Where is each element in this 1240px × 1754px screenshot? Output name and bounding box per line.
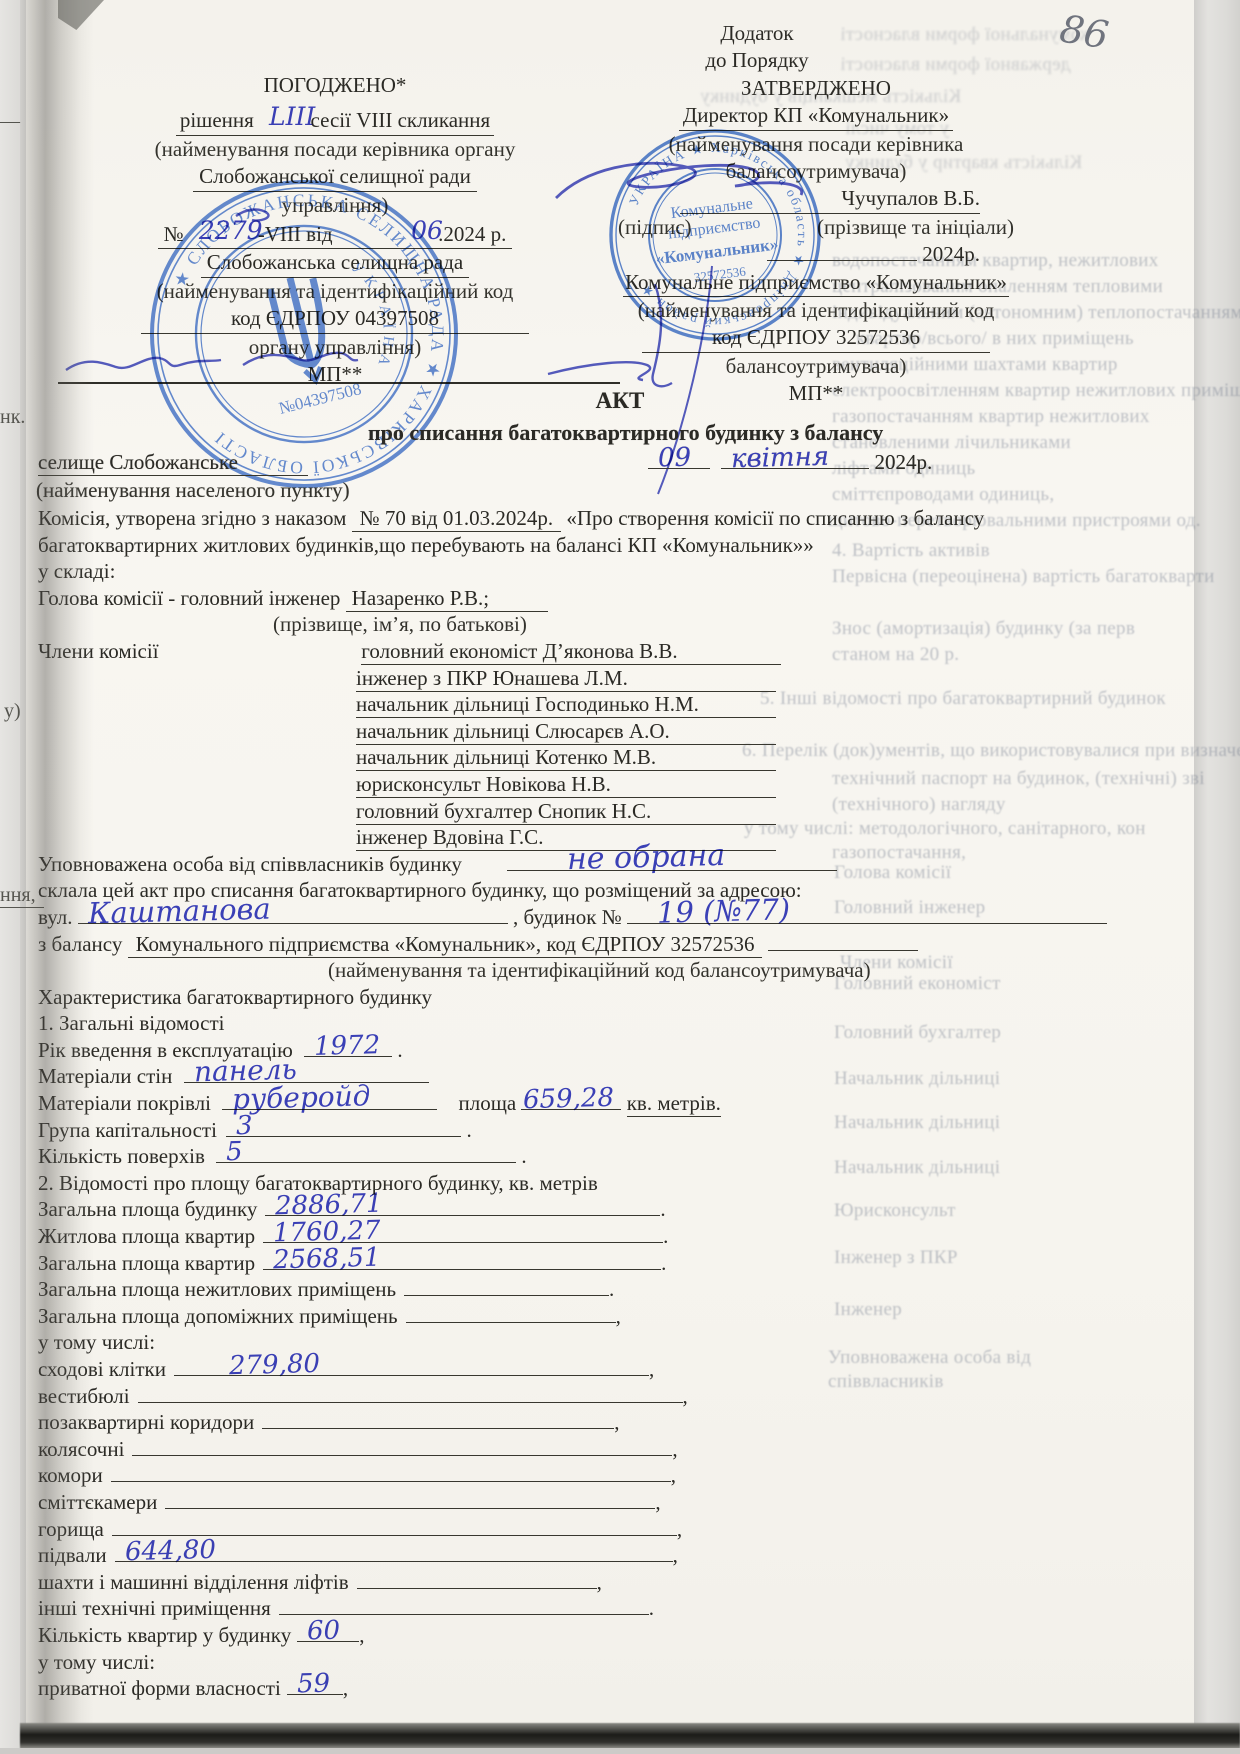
field-label: колясочні	[38, 1437, 124, 1461]
field-label: Загальна площа нежитлових приміщень	[38, 1277, 396, 1301]
tail: ,	[683, 1384, 688, 1408]
caption: балансоутримувача)	[612, 353, 1020, 380]
tail: ,	[655, 1490, 660, 1514]
members-label: Члени комісії	[38, 639, 356, 664]
authorized-label: Уповноважена особа від співвласників буд…	[38, 852, 462, 876]
member-row: Члени комісії головний економіст Д’яконо…	[38, 639, 1173, 666]
value-handwritten: 60	[307, 1616, 341, 1647]
street-label: вул.	[38, 905, 73, 929]
area-row: колясочні,	[38, 1437, 1173, 1464]
tail: ,	[597, 1570, 602, 1594]
member-name: головний економіст Д’яконова В.В.	[361, 639, 781, 665]
commission-intro-line1: Комісія, утворена згідно з наказом № 70 …	[38, 506, 1173, 533]
tail: ,	[673, 1543, 678, 1567]
neighbor-page-fragment: нк.	[0, 406, 25, 429]
area-row: сходові клітки279,80,	[38, 1357, 1173, 1384]
field-label: вестибюлі	[38, 1384, 130, 1408]
stamp-code: 32572536	[693, 264, 747, 285]
area-row: сміттєкамери,	[38, 1490, 1173, 1517]
tail: ,	[343, 1676, 348, 1700]
form-line-capital: Група капітальності 3 .	[38, 1118, 1173, 1145]
scan-bottom-margin	[0, 1748, 1240, 1754]
member-row: начальник дільниці Котенко М.В.	[38, 745, 1173, 772]
member-name: головний бухгалтер Снопик Н.С.	[356, 799, 776, 825]
scanned-document-page: { "corner_mark": "86", "header": { "left…	[0, 0, 1240, 1754]
member-row: юрисконсульт Новікова Н.В.	[38, 772, 1173, 799]
field-label: підвали	[38, 1543, 107, 1567]
area-row: позаквартирні коридори,	[38, 1410, 1173, 1437]
date-day-handwritten: 09	[658, 443, 692, 474]
decision-post: сесії VIII скликання	[311, 108, 491, 132]
not-elected-handwritten: не обрана	[567, 838, 726, 877]
field-label: Група капітальності	[38, 1118, 217, 1142]
member-name: начальник дільниці Слюсарєв А.О.	[356, 719, 776, 745]
including-label: у тому числі:	[38, 1330, 1173, 1357]
stamp-number: №04397508	[277, 379, 363, 418]
handwritten-corner-mark: 86	[1057, 6, 1112, 57]
scan-bottom-edge	[20, 1723, 1240, 1749]
field-label: Матеріали стін	[38, 1064, 172, 1088]
field-label: Загальна площа квартир	[38, 1251, 255, 1275]
balance-line: з балансу Комунального підприємства «Ком…	[38, 932, 1173, 959]
field-label: приватної форми власності	[38, 1676, 281, 1700]
house-number-handwritten: 19 (№77)	[657, 892, 791, 929]
decision-line: рішення LIII сесії VIII скликання	[85, 105, 585, 135]
tail: ,	[671, 1463, 676, 1487]
street-handwritten: Каштанова	[87, 892, 271, 931]
quantity-row: приватної форми власності59,	[38, 1676, 1173, 1703]
member-name: начальник дільниці Господинько Н.М.	[356, 692, 776, 718]
authorized-person-line: Уповноважена особа від співвласників буд…	[38, 852, 1173, 879]
dot: .	[521, 1144, 526, 1168]
area-row: вестибюлі,	[38, 1384, 1173, 1411]
tail: .	[663, 1224, 668, 1248]
value-handwritten: 2568,51	[273, 1242, 381, 1275]
floors-count-handwritten: 5	[226, 1137, 243, 1167]
area-row: Загальна площа квартир2568,51.	[38, 1251, 1173, 1278]
tail: .	[660, 1197, 665, 1221]
field-label: Загальна площа будинку	[38, 1197, 257, 1221]
tail: .	[609, 1277, 614, 1301]
area-row: Загальна площа будинку2886,71.	[38, 1197, 1173, 1224]
year-built-handwritten: 1972	[314, 1030, 381, 1062]
field-label: Матеріали покрівлі	[38, 1091, 211, 1115]
scan-right-edge	[1194, 0, 1240, 1754]
commission-intro-line2: багатоквартирних житлових будинків,що пе…	[38, 533, 1173, 560]
balance-pre: з балансу	[38, 932, 122, 956]
field-label: Загальна площа допоміжних приміщень	[38, 1304, 398, 1328]
section2-heading: 2. Відомості про площу багатоквартирного…	[38, 1171, 1173, 1198]
member-row: начальник дільниці Слюсарєв А.О.	[38, 719, 1173, 746]
address-line: вул. Каштанова , будинок № 19 (№77)	[38, 905, 1173, 932]
area-units: кв. метрів.	[627, 1091, 721, 1117]
area-row: Загальна площа допоміжних приміщень,	[38, 1304, 1173, 1331]
ghost-text: сміттєпроводами одиниць,	[832, 484, 1054, 506]
field-label: позаквартирні коридори	[38, 1410, 254, 1434]
tail: .	[661, 1251, 666, 1275]
area-label: площа	[458, 1091, 516, 1115]
member-name: начальник дільниці Котенко М.В.	[356, 745, 776, 771]
act-title: АКТ	[420, 388, 820, 414]
including-label: у тому числі:	[38, 1650, 1173, 1677]
session-number-handwritten: LIII	[269, 102, 315, 131]
area-row: шахти і машинні відділення ліфтів,	[38, 1570, 1173, 1597]
field-label: комори	[38, 1463, 103, 1487]
area-row: Загальна площа нежитлових приміщень.	[38, 1277, 1173, 1304]
value-handwritten: 644,80	[124, 1535, 216, 1567]
agreed-label: ПОГОДЖЕНО*	[85, 72, 585, 99]
member-row: начальник дільниці Господинько Н.М.	[38, 692, 1173, 719]
value-handwritten: 59	[296, 1669, 330, 1700]
tail: ,	[672, 1437, 677, 1461]
head-name: Назаренко Р.В.;	[346, 586, 548, 612]
previous-page-edge	[0, 0, 26, 1754]
trident-icon	[269, 272, 337, 385]
tail: ,	[677, 1517, 682, 1541]
act-body: Комісія, утворена згідно з наказом № 70 …	[38, 506, 1173, 1703]
roof-area-handwritten: 659,28	[523, 1083, 615, 1115]
member-name: інженер з ПКР Юнашева Л.М.	[356, 666, 776, 692]
area-row: комори,	[38, 1463, 1173, 1490]
company-round-stamp: УКРАЇНА ★ Харківська область ★ Дніпровсь…	[589, 109, 841, 361]
act-date-line: 09 квітня 2024р.	[648, 450, 932, 475]
field-label: інші технічні приміщення	[38, 1596, 271, 1620]
form-line-roof: Матеріали покрівлі руберойд площа 659,28…	[38, 1091, 1173, 1118]
settlement-caption: (найменування населеного пункту)	[36, 478, 350, 503]
approved-label: ЗАТВЕРДЖЕНО	[612, 75, 1020, 102]
intro-pre: Комісія, утворена згідно з наказом	[38, 506, 346, 530]
field-label: шахти і машинні відділення ліфтів	[38, 1570, 349, 1594]
order-reference: № 70 від 01.03.2024р.	[352, 506, 561, 532]
year-label: 2024р.	[922, 242, 980, 266]
balance-caption: (найменування та ідентифікаційний код ба…	[38, 958, 1173, 985]
area-row: підвали644,80,	[38, 1543, 1173, 1570]
roof-material-handwritten: руберойд	[232, 1079, 371, 1116]
section1-heading: 1. Загальні відомості	[38, 1011, 1173, 1038]
composition-label: у складі:	[38, 559, 1173, 586]
tail: ,	[614, 1410, 619, 1434]
tail: .	[649, 1596, 654, 1620]
balance-holder: Комунального підприємства «Комунальник»,…	[128, 932, 763, 958]
field-label: Кількість квартир у будинку	[38, 1623, 291, 1647]
pib-caption: (прізвище, ім’я, по батькові)	[38, 612, 1173, 639]
member-row: інженер з ПКР Юнашева Л.М.	[38, 666, 1173, 693]
characteristics-heading: Характеристика багатоквартирного будинку	[38, 985, 1173, 1012]
commission-head-line: Голова комісії - головний інженер Назаре…	[38, 586, 1173, 613]
stamp-inner-arc-text: УКРАЇНА	[346, 254, 408, 377]
field-label: сходові клітки	[38, 1357, 166, 1381]
tail: ,	[616, 1304, 621, 1328]
head-pre: Голова комісії - головний інженер	[38, 586, 340, 610]
caption-name: (прізвище та ініціали)	[817, 214, 1014, 241]
field-label: горища	[38, 1517, 104, 1541]
area-row: Житлова площа квартир1760,27.	[38, 1224, 1173, 1251]
appendix-label: Додаток	[652, 20, 862, 47]
quantity-row: Кількість квартир у будинку60,	[38, 1623, 1173, 1650]
neighbor-page-fragment: —	[0, 110, 20, 133]
date-month-handwritten: квітня	[731, 442, 830, 475]
decision-pre: рішення	[180, 108, 254, 132]
neighbor-page-fragment: у)	[4, 700, 21, 723]
field-label: Кількість поверхів	[38, 1144, 205, 1168]
tail: ,	[649, 1357, 654, 1381]
field-label: Житлова площа квартир	[38, 1224, 255, 1248]
field-label: сміттєкамери	[38, 1490, 157, 1514]
tail: ,	[359, 1623, 364, 1647]
settlement-line: селище Слобожанське	[38, 450, 308, 476]
form-line-floors: Кількість поверхів 5 .	[38, 1144, 1173, 1171]
dot: .	[397, 1038, 402, 1062]
intro-post: «Про створення комісії по списанню з бал…	[566, 506, 984, 530]
date-year: 2024р.	[875, 450, 933, 474]
area-row: інші технічні приміщення.	[38, 1596, 1173, 1623]
house-label: , будинок №	[513, 905, 622, 929]
member-row: головний бухгалтер Снопик Н.С.	[38, 799, 1173, 826]
svg-text:УКРАЇНА: УКРАЇНА	[346, 254, 408, 377]
member-name: юрисконсульт Новікова Н.В.	[356, 772, 776, 798]
dot: .	[466, 1118, 471, 1142]
value-handwritten: 279,80	[229, 1349, 321, 1381]
appendix-label2: до Порядку	[652, 47, 862, 74]
settlement-name: селище Слобожанське	[38, 450, 308, 476]
